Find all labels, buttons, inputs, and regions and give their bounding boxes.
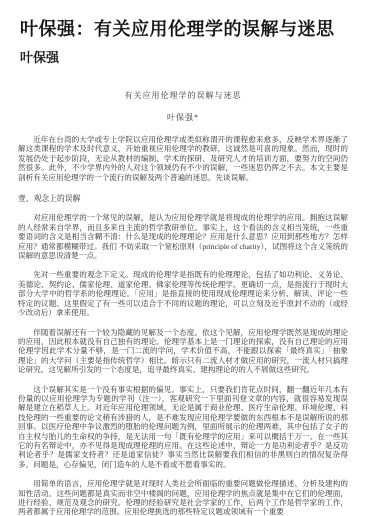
document-page: 叶保强：有关应用伦理学的误解与迷思 叶保强 有关应用伦理学的误解与迷思 叶保强*… bbox=[0, 0, 365, 516]
paragraph-intro: 近年在台湾的大学或专上学院以应用伦理学或类似称谓开的课程愈来愈多，反映学术界逐渐… bbox=[18, 135, 348, 182]
section-heading-misconception: 壹、观念上的误解 bbox=[18, 194, 348, 203]
paragraph-prejudice: 这个误解其实是一个没有事实根据的偏见。事实上，只要我们肯花点时间，翻一翻近年几本… bbox=[18, 385, 348, 470]
paragraph-definitions: 先对一些重要的观念下定义。现成的伦理学是指既有的伦理理论，包括了如功利论、义务论… bbox=[18, 270, 348, 317]
page-title: 叶保强：有关应用伦理学的误解与迷思 bbox=[20, 18, 348, 40]
article-author-byline: 叶保强* bbox=[18, 112, 348, 123]
paragraph-simple-language: 用简单的语言，应用伦理学就是对现时人类社会所面临的重要问题做伦理描述、分析及建构… bbox=[18, 479, 348, 516]
paragraph-common-misconception: 对应用伦理学的一个常见的误解，是认为应用伦理学就是将现成的伦理学的应用。拥抱这误… bbox=[18, 213, 348, 260]
article-title: 有关应用伦理学的误解与迷思 bbox=[18, 90, 348, 101]
page-author: 叶保强 bbox=[20, 47, 348, 66]
paragraph-hidden-view: 伴随着误解还有一个较为隐藏的见解及一个态度。依这个见解，应用伦理学既然是现成的理… bbox=[18, 328, 348, 375]
